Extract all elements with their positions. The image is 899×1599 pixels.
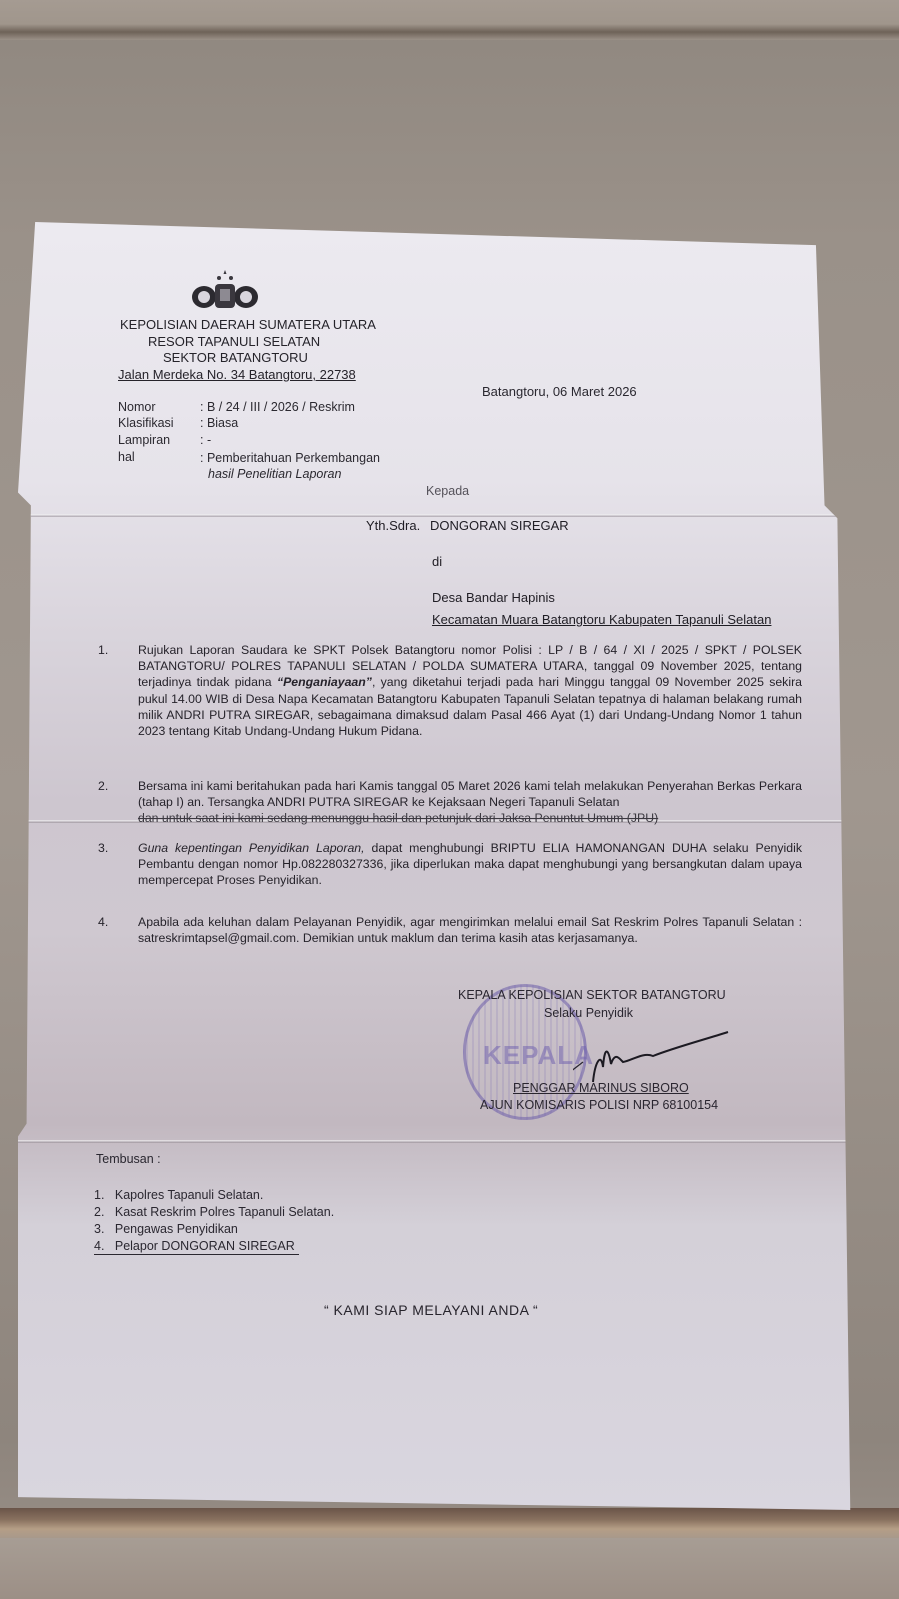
body-item-1: 1. Rujukan Laporan Saudara ke SPKT Polse… [138,642,802,739]
item-text: Bersama ini kami beritahukan pada hari K… [138,779,802,809]
motto: “ KAMI SIAP MELAYANI ANDA “ [324,1302,538,1318]
letterhead-address: Jalan Merdeka No. 34 Batangtoru, 22738 [118,366,356,383]
item-text-fold: dan untuk saat ini kami sedang menunggu … [138,811,658,825]
item-text: Apabila ada keluhan dalam Pelayanan Peny… [138,915,802,945]
hal-value-1: : Pemberitahuan Perkembangan [200,451,380,465]
place-date: Batangtoru, 06 Maret 2026 [482,384,637,399]
hal-label: hal [118,450,135,464]
item-number: 2. [98,778,108,794]
recipient-name: DONGORAN SIREGAR [430,518,569,533]
item-text-italic: Guna kepentingan Penyidikan Laporan, [138,841,365,855]
item-number: 4. [98,914,108,930]
tembusan-item: 4. Pelapor DONGORAN SIREGAR [94,1239,299,1255]
tembusan-item: 1. Kapolres Tapanuli Selatan. [94,1188,263,1203]
body-item-4: 4. Apabila ada keluhan dalam Pelayanan P… [138,914,802,946]
hal-value-2: hasil Penelitian Laporan [208,467,341,481]
body-item-3: 3. Guna kepentingan Penyidikan Laporan, … [138,840,802,889]
klasifikasi-label: Klasifikasi [118,416,174,430]
di-label: di [432,554,442,569]
paper-fold [18,1140,876,1143]
tembusan-label: Tembusan : [96,1152,161,1167]
item-emphasis: “Penganiayaan” [277,675,372,689]
letter-document: KEPOLISIAN DAERAH SUMATERA UTARA RESOR T… [18,222,876,1510]
police-emblem-icon [190,270,260,312]
background-surface-bottom [0,1538,899,1599]
lampiran-value: : - [200,433,211,447]
tembusan-item: 2. Kasat Reskrim Polres Tapanuli Selatan… [94,1205,334,1220]
letterhead-line-2: RESOR TAPANULI SELATAN [148,333,320,350]
signatory-rank: AJUN KOMISARIS POLISI NRP 68100154 [480,1098,718,1112]
item-number: 3. [98,840,108,856]
signature-title: KEPALA KEPOLISIAN SEKTOR BATANGTORU [458,988,726,1002]
signatory-name: PENGGAR MARINUS SIBORO [513,1081,689,1095]
paper-fold [18,514,876,517]
signature-role: Selaku Penyidik [544,1006,633,1020]
letterhead-line-1: KEPOLISIAN DAERAH SUMATERA UTARA [120,316,376,333]
nomor-value: : B / 24 / III / 2026 / Reskrim [200,400,355,414]
background-ledge-bottom [0,1508,899,1538]
letterhead-line-3: SEKTOR BATANGTORU [163,349,308,366]
tembusan-item: 3. Pengawas Penyidikan [94,1222,238,1237]
nomor-label: Nomor [118,400,156,414]
recipient-address-2: Kecamatan Muara Batangtoru Kabupaten Tap… [432,612,771,627]
body-item-2: 2. Bersama ini kami beritahukan pada har… [138,778,802,827]
lampiran-label: Lampiran [118,433,170,447]
background-surface-top [0,0,899,40]
recipient-address-1: Desa Bandar Hapinis [432,590,555,605]
klasifikasi-value: : Biasa [200,416,238,430]
item-number: 1. [98,642,108,658]
kepada-label: Kepada [426,484,469,498]
salutation: Yth.Sdra. [366,518,420,533]
